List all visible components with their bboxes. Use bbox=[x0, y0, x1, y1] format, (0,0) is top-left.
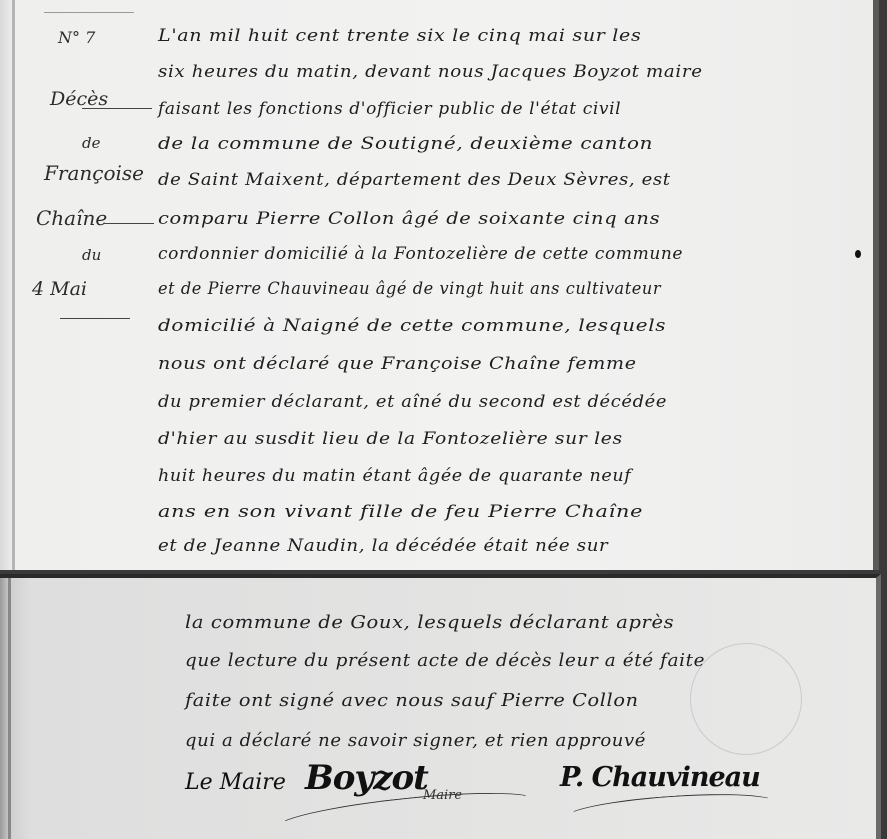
margin-title: Décès bbox=[50, 90, 108, 109]
record-line: et de Pierre Chauvineau âgé de vingt hui… bbox=[158, 279, 661, 299]
record-line: huit heures du matin étant âgée de quara… bbox=[158, 466, 631, 486]
top-rule bbox=[44, 12, 134, 13]
record-line: que lecture du présent acte de décès leu… bbox=[185, 650, 705, 671]
margin-de: de bbox=[82, 136, 100, 151]
record-line: d'hier au susdit lieu de la Fontozelière… bbox=[158, 429, 623, 449]
record-line: faite ont signé avec nous sauf Pierre Co… bbox=[185, 690, 639, 711]
signature-le-maire: Le Maire bbox=[185, 770, 286, 795]
record-number: N° 7 bbox=[58, 30, 95, 46]
record-line: de la commune de Soutigné, deuxième cant… bbox=[158, 134, 653, 154]
signature-block: Le Maire Boyzot Maire P. Chauvineau bbox=[185, 758, 845, 828]
ink-blot bbox=[855, 250, 861, 258]
record-line: comparu Pierre Collon âgé de soixante ci… bbox=[158, 209, 660, 229]
margin-date: 4 Mai bbox=[32, 280, 87, 299]
record-line: faisant les fonctions d'officier public … bbox=[158, 99, 621, 119]
signature-boyzot: Boyzot bbox=[305, 758, 428, 798]
signature-chauvineau: P. Chauvineau bbox=[560, 762, 760, 793]
margin-given-name: Françoise bbox=[44, 163, 144, 183]
record-line: domicilié à Naigné de cette commune, les… bbox=[158, 316, 666, 336]
binding-edge bbox=[8, 578, 11, 839]
record-line: six heures du matin, devant nous Jacques… bbox=[158, 62, 703, 82]
record-line: nous ont déclaré que Françoise Chaîne fe… bbox=[158, 354, 637, 374]
record-line: et de Jeanne Naudin, la décédée était né… bbox=[158, 536, 608, 556]
record-line: qui a déclaré ne savoir signer, et rien … bbox=[185, 730, 646, 751]
margin-surname: Chaîne bbox=[36, 208, 107, 228]
record-line: ans en son vivant fille de feu Pierre Ch… bbox=[158, 502, 643, 522]
margin-du: du bbox=[82, 248, 101, 263]
binding-edge bbox=[12, 0, 15, 570]
record-line: la commune de Goux, lesquels déclarant a… bbox=[185, 612, 674, 633]
record-line: de Saint Maixent, département des Deux S… bbox=[158, 170, 671, 190]
signature-flourish bbox=[564, 789, 777, 832]
faded-stamp bbox=[690, 643, 802, 755]
register-page-top: N° 7 Décès de Françoise Chaîne du 4 Mai … bbox=[0, 0, 879, 570]
record-line: du premier déclarant, et aîné du second … bbox=[158, 392, 667, 412]
record-line: cordonnier domicilié à la Fontozelière d… bbox=[158, 244, 683, 264]
record-line: L'an mil huit cent trente six le cinq ma… bbox=[158, 26, 641, 46]
register-page-bottom: la commune de Goux, lesquels déclarant a… bbox=[0, 574, 881, 839]
